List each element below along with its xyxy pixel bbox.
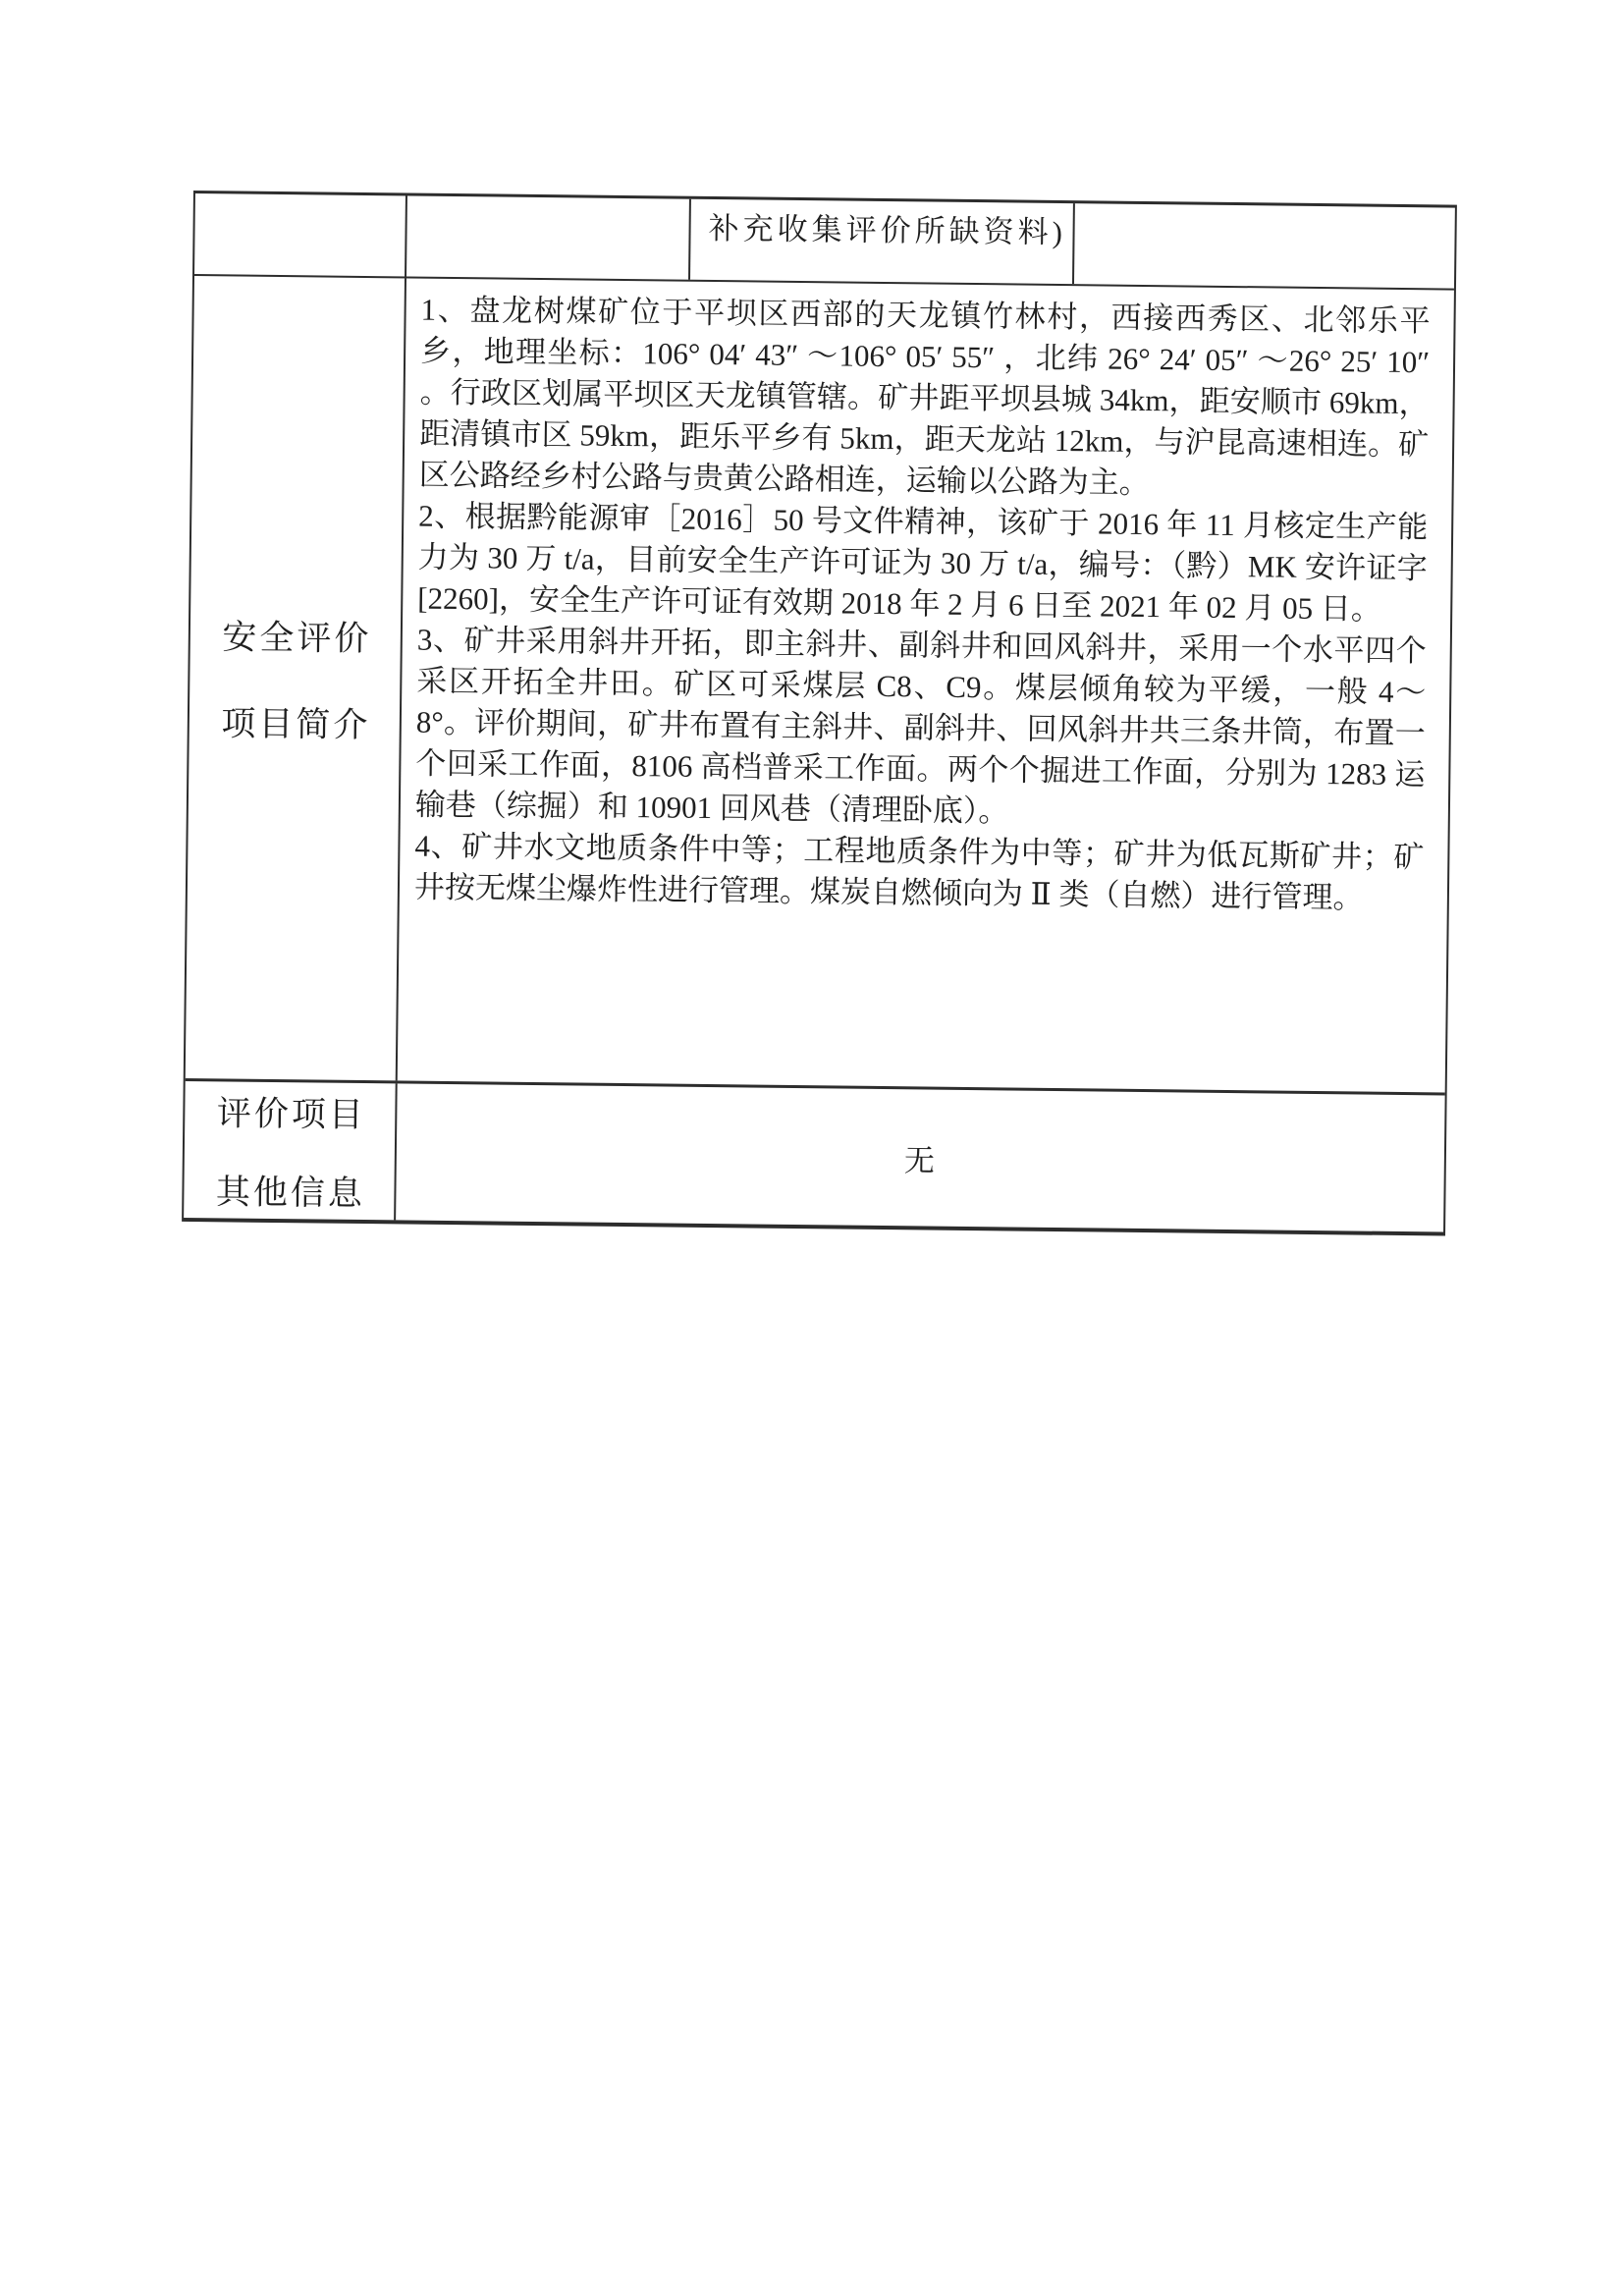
other-info-row: 评价项目 其他信息 无: [184, 1081, 1444, 1232]
other-info-label-line-2: 其他信息: [213, 1165, 366, 1216]
intro-row-content: 1、盘龙树煤矿位于平坝区西部的天龙镇竹林村，西接西秀区、北邻乐平乡，地理坐标：1…: [398, 278, 1454, 1092]
other-info-content: 无: [396, 1083, 1445, 1231]
scanned-document-page: 补充收集评价所缺资料) 安全评价 项目简介 1、盘龙树煤矿位于平坝区西部的天龙镇…: [0, 0, 1623, 2296]
other-info-label-line-1: 评价项目: [214, 1086, 367, 1137]
project-intro-row: 安全评价 项目简介 1、盘龙树煤矿位于平坝区西部的天龙镇竹林村，西接西秀区、北邻…: [186, 276, 1454, 1096]
intro-row-label: 安全评价 项目简介: [186, 276, 406, 1080]
supplement-note-cell: 补充收集评价所缺资料): [690, 199, 1075, 284]
continuation-empty-cell-3: [1074, 203, 1455, 288]
intro-label-line-1: 安全评价: [219, 610, 372, 661]
intro-paragraph-3: 3、矿井采用斜井开拓，即主斜井、副斜井和回风斜井，采用一个水平四个采区开拓全井田…: [415, 620, 1427, 838]
intro-paragraph-1: 1、盘龙树煤矿位于平坝区西部的天龙镇竹林村，西接西秀区、北邻乐平乡，地理坐标：1…: [418, 290, 1430, 508]
continuation-empty-cell-2: [406, 195, 691, 279]
safety-evaluation-table: 补充收集评价所缺资料) 安全评价 项目简介 1、盘龙树煤矿位于平坝区西部的天龙镇…: [182, 191, 1457, 1236]
continuation-row: 补充收集评价所缺资料): [194, 193, 1455, 291]
intro-paragraph-2: 2、根据黔能源审［2016］50 号文件精神，该矿于 2016 年 11 月核定…: [417, 496, 1428, 631]
continuation-empty-cell-1: [194, 193, 407, 276]
intro-label-line-2: 项目简介: [218, 696, 371, 747]
other-info-row-label: 评价项目 其他信息: [184, 1081, 398, 1220]
intro-paragraph-4: 4、矿井水文地质条件中等；工程地质条件为中等；矿井为低瓦斯矿井；矿井按无煤尘爆炸…: [414, 826, 1425, 920]
